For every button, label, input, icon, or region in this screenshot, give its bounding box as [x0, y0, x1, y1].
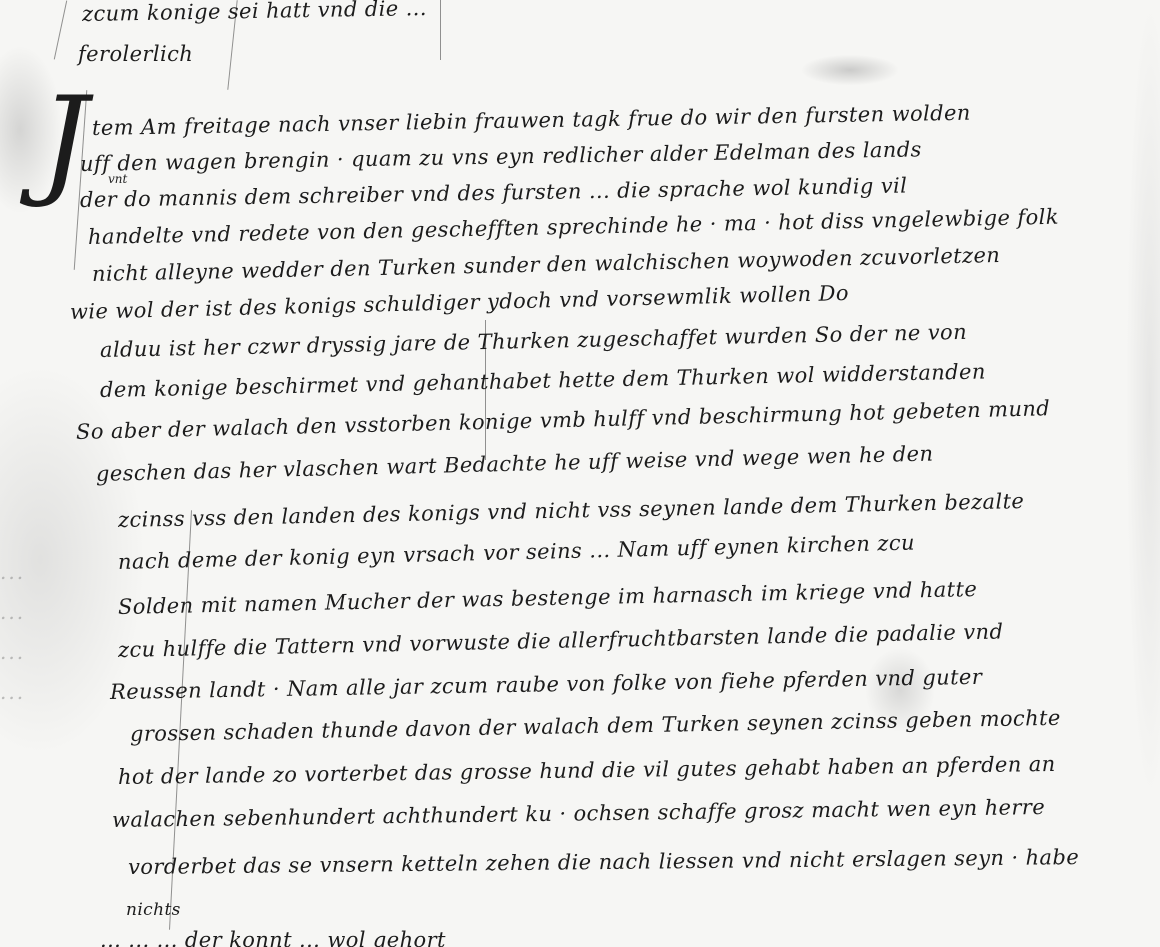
manuscript-line: hot der lande zo vorterbet das grosse hu…: [118, 752, 1056, 789]
manuscript-line: Solden mit namen Mucher der was bestenge…: [118, 577, 978, 619]
manuscript-line: nach deme der konig eyn vrsach vor seins…: [118, 531, 915, 574]
bleed-through-text: ...: [0, 560, 25, 584]
ascender-stroke: [440, 0, 441, 60]
manuscript-line: zcum konige sei hatt vnd die ...: [82, 0, 427, 26]
manuscript-line: dem konige beschirmet vnd gehanthabet he…: [100, 359, 986, 402]
manuscript-line: uff den wagen brengin · quam zu vns eyn …: [80, 137, 922, 176]
manuscript-line: zcinss vss den landen des konigs vnd nic…: [118, 489, 1025, 532]
manuscript-line: zcu hulffe die Tattern vnd vorwuste die …: [118, 619, 1004, 662]
manuscript-line: der do mannis dem schreiber vnd des furs…: [80, 174, 908, 212]
manuscript-line: handelte vnd redete von den geschefften …: [88, 205, 1059, 249]
manuscript-line: walachen sebenhundert achthundert ku · o…: [112, 795, 1045, 832]
manuscript-line: alduu ist her czwr dryssig jare de Thurk…: [100, 320, 967, 362]
manuscript-line: Reussen landt · Nam alle jar zcum raube …: [110, 665, 983, 704]
manuscript-line: tem Am freitage nach vnser liebin frauwe…: [92, 101, 971, 140]
manuscript-line: wie wol der ist des konigs schuldiger yd…: [70, 281, 849, 324]
bleed-through-text: ...: [0, 680, 25, 704]
manuscript-line: grossen schaden thunde davon der walach …: [130, 706, 1061, 746]
manuscript-line: ... ... ... der konnt ... wol gehort: [100, 928, 446, 947]
manuscript-line: ferolerlich: [78, 42, 193, 66]
manuscript-line: So aber der walach den vsstorben konige …: [76, 396, 1051, 444]
manuscript-page: ... ... ... ... J vnt zcum konige sei ha…: [0, 0, 1160, 947]
manuscript-line: nichts: [126, 900, 181, 920]
initial-letter: J: [40, 82, 88, 202]
bleed-through-text: ...: [0, 600, 25, 624]
manuscript-line: vorderbet das se vnsern ketteln zehen di…: [128, 845, 1079, 879]
bleed-through-text: ...: [0, 640, 25, 664]
manuscript-line: geschen das her vlaschen wart Bedachte h…: [96, 442, 934, 486]
manuscript-line: nicht alleyne wedder den Turken sunder d…: [92, 243, 1001, 286]
ascender-stroke: [54, 1, 67, 60]
